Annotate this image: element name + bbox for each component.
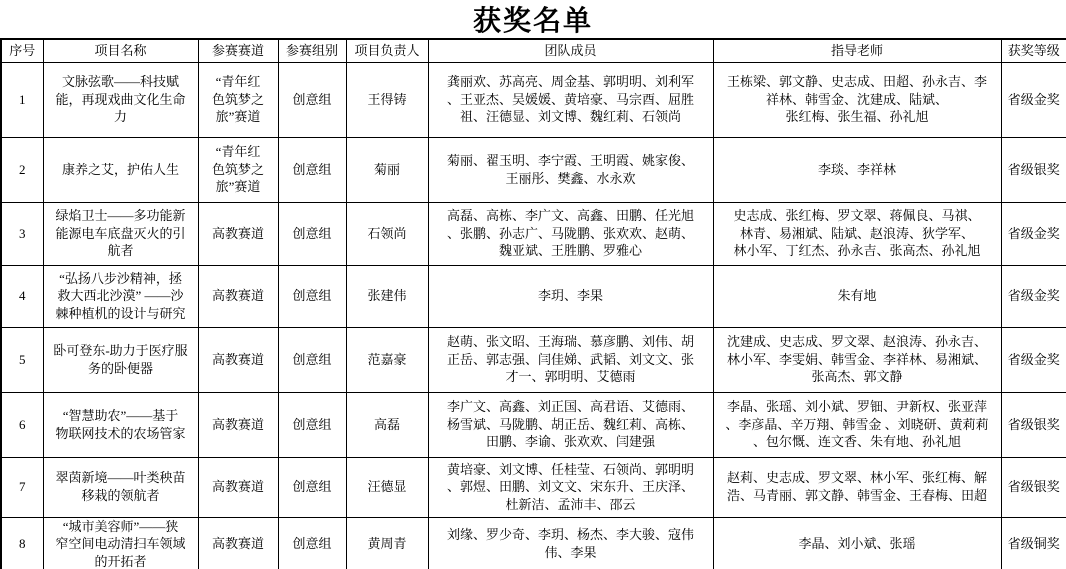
- cell-group: 创意组: [278, 137, 346, 202]
- cell-leader: 汪德显: [346, 457, 428, 517]
- cell-leader: 黄周青: [346, 517, 428, 569]
- col-header-award-level: 获奖等级: [1001, 39, 1066, 62]
- cell-award-level: 省级银奖: [1001, 457, 1066, 517]
- cell-serial-no: 3: [1, 202, 43, 265]
- cell-project-name: 卧可登东-助力于医疗服 务的卧便器: [43, 327, 198, 392]
- cell-track: 高教赛道: [198, 457, 278, 517]
- page-title: 获奖名单: [0, 0, 1066, 38]
- cell-team-members: 龚丽欢、苏高亮、周金基、郭明明、刘利军 、王亚杰、吴媛媛、黄培豪、马宗酉、屈胜 …: [428, 62, 713, 137]
- col-header-serial-no: 序号: [1, 39, 43, 62]
- cell-advisors: 李晶、张瑶、刘小斌、罗钿、尹新权、张亚萍 、李彦晶、辛万翔、韩雪金 、刘晓研、黄…: [713, 392, 1001, 457]
- table-body: 1 文脉弦歌——科技赋 能，再现戏曲文化生命 力 “青年红 色筑梦之 旅”赛道 …: [1, 62, 1066, 569]
- cell-project-name: 康养之艾，护佑人生: [43, 137, 198, 202]
- cell-team-members: 赵萌、张文昭、王海瑞、慕彦鹏、刘伟、胡 正岳、郭志强、闫佳娣、武韬、刘文文、张 …: [428, 327, 713, 392]
- cell-team-members: 黄培豪、刘文博、任桂莹、石领尚、郭明明 、郭煜、田鹏、刘文文、宋东升、王庆泽、 …: [428, 457, 713, 517]
- cell-project-name: “城市美容师”——狭 窄空间电动清扫车领域 的开拓者: [43, 517, 198, 569]
- cell-team-members: 李广文、高鑫、刘正国、高君语、艾德雨、 杨雪斌、马陇鹏、胡正岳、魏红莉、高栋、 …: [428, 392, 713, 457]
- table-row: 3 绿焰卫士——多功能新 能源电车底盘灭火的引 航者 高教赛道 创意组 石领尚 …: [1, 202, 1066, 265]
- cell-group: 创意组: [278, 265, 346, 327]
- col-header-track: 参赛赛道: [198, 39, 278, 62]
- cell-award-level: 省级铜奖: [1001, 517, 1066, 569]
- col-header-project-name: 项目名称: [43, 39, 198, 62]
- col-header-advisors: 指导老师: [713, 39, 1001, 62]
- cell-team-members: 李玥、李果: [428, 265, 713, 327]
- cell-track: 高教赛道: [198, 265, 278, 327]
- cell-track: 高教赛道: [198, 517, 278, 569]
- cell-track: 高教赛道: [198, 392, 278, 457]
- cell-serial-no: 1: [1, 62, 43, 137]
- table-row: 2 康养之艾，护佑人生 “青年红 色筑梦之 旅”赛道 创意组 菊丽 菊丽、翟玉明…: [1, 137, 1066, 202]
- table-row: 1 文脉弦歌——科技赋 能，再现戏曲文化生命 力 “青年红 色筑梦之 旅”赛道 …: [1, 62, 1066, 137]
- cell-serial-no: 7: [1, 457, 43, 517]
- cell-award-level: 省级金奖: [1001, 265, 1066, 327]
- col-header-group: 参赛组别: [278, 39, 346, 62]
- cell-advisors: 王栋梁、郭文静、史志成、田超、孙永吉、李 祥林、韩雪金、沈建成、陆斌、 张红梅、…: [713, 62, 1001, 137]
- table-row: 7 翠茵新境——叶类秧苗 移栽的领航者 高教赛道 创意组 汪德显 黄培豪、刘文博…: [1, 457, 1066, 517]
- col-header-leader: 项目负责人: [346, 39, 428, 62]
- cell-track: 高教赛道: [198, 202, 278, 265]
- cell-project-name: 绿焰卫士——多功能新 能源电车底盘灭火的引 航者: [43, 202, 198, 265]
- cell-project-name: “智慧助农”——基于 物联网技术的农场管家: [43, 392, 198, 457]
- cell-serial-no: 4: [1, 265, 43, 327]
- cell-project-name: 翠茵新境——叶类秧苗 移栽的领航者: [43, 457, 198, 517]
- cell-serial-no: 6: [1, 392, 43, 457]
- cell-group: 创意组: [278, 392, 346, 457]
- cell-group: 创意组: [278, 327, 346, 392]
- awards-table: 序号 项目名称 参赛赛道 参赛组别 项目负责人 团队成员 指导老师 获奖等级 1…: [0, 38, 1066, 569]
- col-header-team-members: 团队成员: [428, 39, 713, 62]
- cell-award-level: 省级金奖: [1001, 62, 1066, 137]
- cell-leader: 王得铸: [346, 62, 428, 137]
- cell-team-members: 菊丽、翟玉明、李宁霞、王明霞、姚家俊、 王丽彤、樊鑫、水永欢: [428, 137, 713, 202]
- cell-team-members: 高磊、高栋、李广文、高鑫、田鹏、任光旭 、张鹏、孙志广、马陇鹏、张欢欢、赵萌、 …: [428, 202, 713, 265]
- cell-leader: 范嘉豪: [346, 327, 428, 392]
- cell-track: “青年红 色筑梦之 旅”赛道: [198, 62, 278, 137]
- cell-leader: 高磊: [346, 392, 428, 457]
- cell-advisors: 赵莉、史志成、罗文翠、林小军、张红梅、解 浩、马青丽、郭文静、韩雪金、王春梅、田…: [713, 457, 1001, 517]
- cell-award-level: 省级银奖: [1001, 137, 1066, 202]
- cell-team-members: 刘缘、罗少奇、李玥、杨杰、李大骏、寇伟 伟、李果: [428, 517, 713, 569]
- table-row: 6 “智慧助农”——基于 物联网技术的农场管家 高教赛道 创意组 高磊 李广文、…: [1, 392, 1066, 457]
- table-row: 5 卧可登东-助力于医疗服 务的卧便器 高教赛道 创意组 范嘉豪 赵萌、张文昭、…: [1, 327, 1066, 392]
- cell-serial-no: 2: [1, 137, 43, 202]
- cell-project-name: 文脉弦歌——科技赋 能，再现戏曲文化生命 力: [43, 62, 198, 137]
- cell-leader: 菊丽: [346, 137, 428, 202]
- cell-leader: 张建伟: [346, 265, 428, 327]
- header-row: 序号 项目名称 参赛赛道 参赛组别 项目负责人 团队成员 指导老师 获奖等级: [1, 39, 1066, 62]
- cell-award-level: 省级银奖: [1001, 392, 1066, 457]
- cell-advisors: 李晶、刘小斌、张瑶: [713, 517, 1001, 569]
- cell-track: 高教赛道: [198, 327, 278, 392]
- table-row: 8 “城市美容师”——狭 窄空间电动清扫车领域 的开拓者 高教赛道 创意组 黄周…: [1, 517, 1066, 569]
- cell-advisors: 朱有地: [713, 265, 1001, 327]
- cell-project-name: “弘扬八步沙精神，拯 救大西北沙漠” ——沙 棘种植机的设计与研究: [43, 265, 198, 327]
- cell-award-level: 省级金奖: [1001, 327, 1066, 392]
- cell-track: “青年红 色筑梦之 旅”赛道: [198, 137, 278, 202]
- cell-group: 创意组: [278, 457, 346, 517]
- cell-group: 创意组: [278, 517, 346, 569]
- cell-advisors: 史志成、张红梅、罗文翠、蒋佩良、马祺、 林青、易湘斌、陆斌、赵浪涛、狄学军、 林…: [713, 202, 1001, 265]
- table-row: 4 “弘扬八步沙精神，拯 救大西北沙漠” ——沙 棘种植机的设计与研究 高教赛道…: [1, 265, 1066, 327]
- cell-award-level: 省级金奖: [1001, 202, 1066, 265]
- cell-group: 创意组: [278, 62, 346, 137]
- cell-serial-no: 5: [1, 327, 43, 392]
- cell-serial-no: 8: [1, 517, 43, 569]
- cell-advisors: 沈建成、史志成、罗文翠、赵浪涛、孙永吉、 林小军、李雯娟、韩雪金、李祥林、易湘斌…: [713, 327, 1001, 392]
- cell-advisors: 李琰、李祥林: [713, 137, 1001, 202]
- cell-leader: 石领尚: [346, 202, 428, 265]
- cell-group: 创意组: [278, 202, 346, 265]
